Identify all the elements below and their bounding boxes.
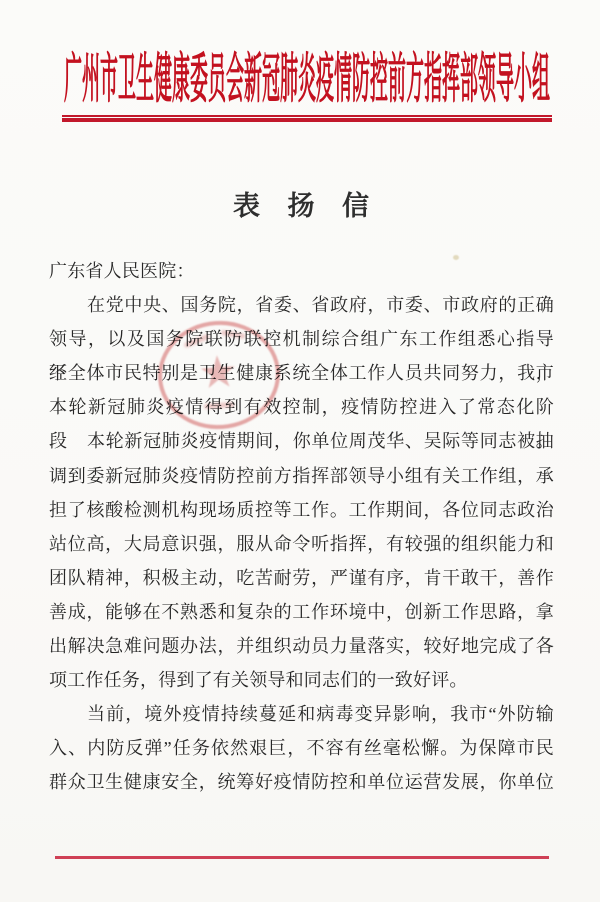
letter-body: 广东省人民医院： 在党中央、国务院，省委、省政府，市委、市政府的正确 领导，以及… (49, 254, 554, 800)
body-line: 群众卫生健康安全，统筹好疫情防控和单位运营发展，你单位 (49, 765, 554, 799)
body-line: 项工作任务，得到了有关领导和同志们的一致好评。 (49, 663, 554, 697)
body-line: 出解决急难问题办法，并组织动员力量落实，较好地完成了各 (49, 629, 554, 663)
seal-star-icon: ★ (197, 350, 239, 397)
body-line: 当前，境外疫情持续蔓延和病毒变异影响，我市“外防输 (49, 697, 554, 731)
seal-text-smudge (204, 402, 234, 409)
body-line: 善成，能够在不熟悉和复杂的工作环境中，创新工作思路，拿 (49, 595, 554, 629)
scanned-letter-page: 广州市卫生健康委员会新冠肺炎疫情防控前方指挥部领导小组 ★ 表 扬 信 广东省人… (0, 0, 600, 902)
body-line: 经全体市民特别是卫生健康系统全体工作人员共同努力，我市 (49, 356, 554, 390)
seal-text-smudge (184, 334, 210, 348)
scan-speck (453, 255, 459, 260)
seal-text-smudge (221, 330, 246, 339)
title-char: 信 (342, 184, 369, 223)
body-line: 入、内防反弹”任务依然艰巨，不容有丝毫松懈。为保障市民 (49, 731, 554, 765)
letterhead-double-rule (62, 115, 552, 122)
letter-title: 表 扬 信 (233, 187, 369, 219)
rule-thin-line (62, 115, 552, 117)
body-line: 本轮新冠肺炎疫情得到有效控制，疫情防控进入了常态化阶段。 (49, 390, 554, 424)
rule-thick-line (62, 118, 552, 122)
body-line: 本轮新冠肺炎疫情期间，你单位周茂华、吴际等同志被抽 (49, 424, 554, 458)
salutation-line: 广东省人民医院： (49, 254, 554, 288)
body-line: 在党中央、国务院，省委、省政府，市委、市政府的正确 (49, 288, 554, 322)
body-line: 担了核酸检测机构现场质控等工作。工作期间，各位同志政治 (49, 493, 554, 527)
body-line: 调到委新冠肺炎疫情防控前方指挥部领导小组有关工作组，承 (49, 459, 554, 493)
footer-rule (55, 856, 549, 859)
title-char: 表 (233, 184, 260, 223)
body-line: 站位高，大局意识强，服从命令听指挥，有较强的组织能力和 (49, 527, 554, 561)
body-line: 领导，以及国务院联防联控机制综合组广东工作组悉心指导下， (49, 322, 554, 356)
body-line: 团队精神，积极主动，吃苦耐劳，严谨有序，肯干敢干，善作 (49, 561, 554, 595)
title-char: 扬 (288, 184, 315, 223)
letterhead-org-title: 广州市卫生健康委员会新冠肺炎疫情防控前方指挥部领导小组 (64, 50, 550, 108)
